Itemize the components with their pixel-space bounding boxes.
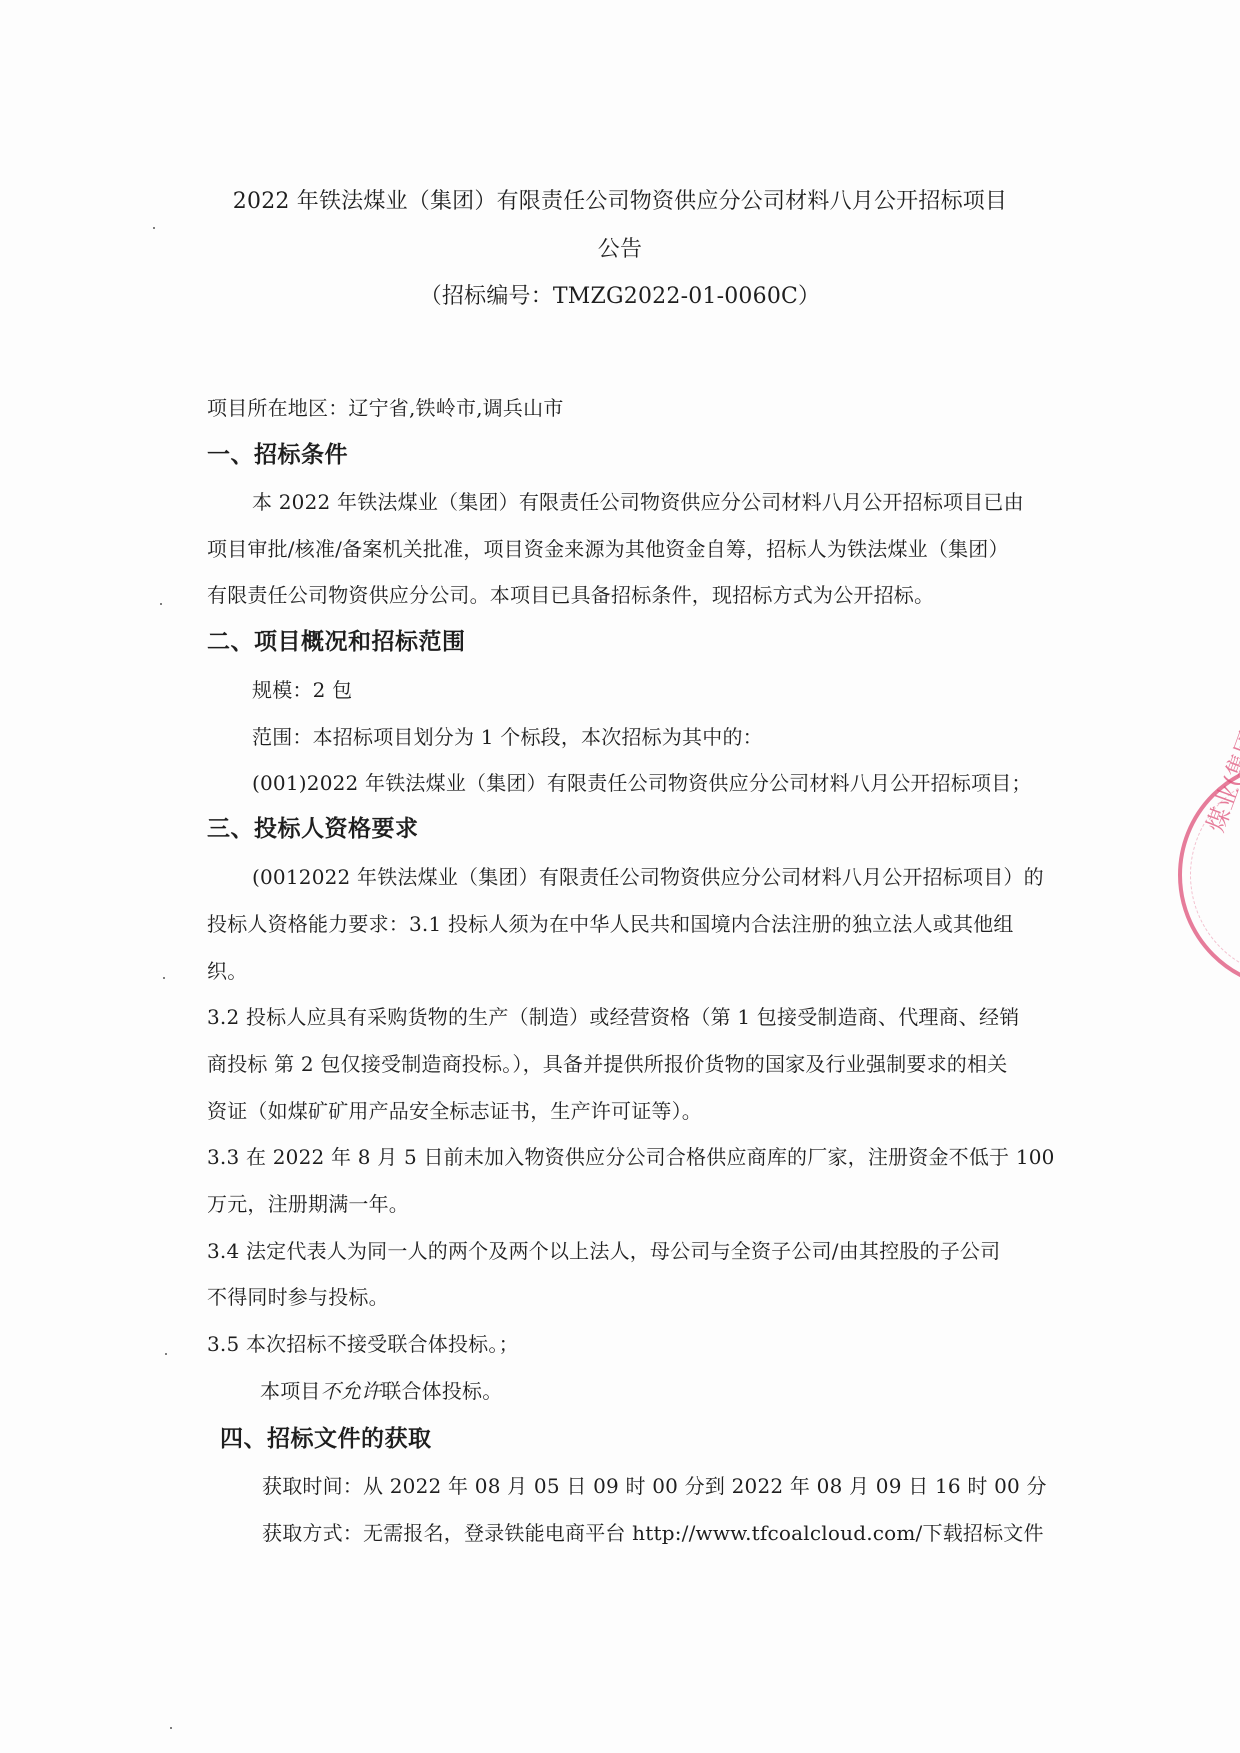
- section-4-obtain-time: 获取时间：从 2022 年 08 月 05 日 09 时 00 分到 2022 …: [262, 1472, 1047, 1500]
- scan-speck: [170, 1727, 172, 1729]
- seal-text: 煤业(集团)有: [1196, 694, 1240, 836]
- section-1-line-1: 本 2022 年铁法煤业（集团）有限责任公司物资供应分公司材料八月公开招标项目已…: [252, 488, 1024, 516]
- section-3-line-3: 织。: [207, 957, 247, 985]
- section-3-line-4: 3.2 投标人应具有采购货物的生产（制造）或经营资格（第 1 包接受制造商、代理…: [207, 1003, 1019, 1031]
- section-3-line-10: 不得同时参与投标。: [207, 1283, 389, 1311]
- scan-speck: [160, 603, 162, 605]
- section-heading-project-overview: 二、项目概况和招标范围: [207, 628, 466, 656]
- section-3-line-2: 投标人资格能力要求：3.1 投标人须为在中华人民共和国境内合法注册的独立法人或其…: [207, 910, 1014, 938]
- section-3-line-5: 商投标 第 2 包仅接受制造商投标。），具备并提供所报价货物的国家及行业强制要求…: [207, 1050, 1007, 1078]
- section-3-line-7: 3.3 在 2022 年 8 月 5 日前未加入物资供应分公司合格供应商库的厂家…: [207, 1143, 1055, 1171]
- consortium-emphasis: 不允许: [321, 1379, 382, 1403]
- section-4-obtain-method: 获取方式：无需报名，登录铁能电商平台 http://www.tfcoalclou…: [262, 1519, 1044, 1547]
- scan-speck: [153, 227, 155, 229]
- section-1-line-2: 项目审批/核准/备案机关批准，项目资金来源为其他资金自筹，招标人为铁法煤业（集团…: [207, 535, 1009, 563]
- document-title-line-1: 2022 年铁法煤业（集团）有限责任公司物资供应分公司材料八月公开招标项目: [0, 188, 1240, 216]
- scan-speck: [165, 1353, 167, 1355]
- section-3-line-8: 万元，注册期满一年。: [207, 1190, 409, 1218]
- bid-number: （招标编号：TMZG2022-01-0060C）: [0, 283, 1240, 311]
- consortium-suffix: 联合体投标。: [381, 1379, 502, 1403]
- section-heading-obtain-documents: 四、招标文件的获取: [220, 1425, 432, 1453]
- scan-speck: [163, 977, 165, 979]
- section-heading-bid-conditions: 一、招标条件: [207, 441, 348, 469]
- section-2-lot: (001)2022 年铁法煤业（集团）有限责任公司物资供应分公司材料八月公开招标…: [252, 769, 1032, 797]
- section-3-consortium-note: 本项目不允许联合体投标。: [260, 1377, 502, 1405]
- section-heading-bidder-qualifications: 三、投标人资格要求: [207, 815, 419, 843]
- company-seal-stamp: 煤业(集团)有: [1178, 760, 1240, 990]
- consortium-prefix: 本项目: [260, 1379, 321, 1403]
- section-3-line-11: 3.5 本次招标不接受联合体投标。；: [207, 1330, 519, 1358]
- section-3-line-6: 资证（如煤矿矿用产品安全标志证书，生产许可证等）。: [207, 1097, 702, 1125]
- section-3-line-1: (0012022 年铁法煤业（集团）有限责任公司物资供应分公司材料八月公开招标项…: [252, 863, 1044, 891]
- section-1-line-3: 有限责任公司物资供应分公司。本项目已具备招标条件，现招标方式为公开招标。: [207, 581, 934, 609]
- section-2-scale: 规模：2 包: [252, 676, 352, 704]
- document-page: 2022 年铁法煤业（集团）有限责任公司物资供应分公司材料八月公开招标项目 公告…: [0, 0, 1240, 1753]
- section-3-line-9: 3.4 法定代表人为同一人的两个及两个以上法人，母公司与全资子公司/由其控股的子…: [207, 1237, 1000, 1265]
- project-location: 项目所在地区：辽宁省,铁岭市,调兵山市: [207, 394, 564, 422]
- section-2-scope: 范围：本招标项目划分为 1 个标段，本次招标为其中的：: [252, 723, 763, 751]
- document-title-line-2: 公告: [0, 236, 1240, 264]
